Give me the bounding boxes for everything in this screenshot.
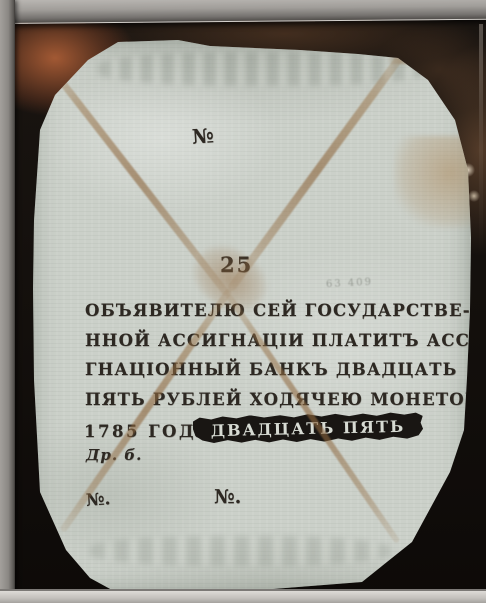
denomination-stamp-text: ДВАДЦАТЬ ПЯТЬ — [211, 416, 406, 439]
cancel-stroke-topright — [227, 50, 408, 293]
banknote-paper: № 25 63 409 ОБЪЯВИТЕЛЮ СЕЙ ГОСУДАРСТВЕ- … — [28, 38, 473, 596]
body-line: ГНАЦІОННЫЙ БАНКЪ ДВАДЦАТЬ — [85, 355, 425, 385]
frame-bottom-bar — [0, 589, 486, 603]
faint-inscription: 63 409 — [326, 277, 374, 290]
frame-left-bar — [0, 0, 15, 603]
body-line: ПЯТЬ РУБЛЕЙ ХОДЯЧЕЮ МОНЕТОЮ — [85, 385, 425, 415]
number-mark-top: № — [191, 123, 214, 148]
number-mark-bottom-center: №. — [214, 486, 241, 508]
museum-photo: { "scene": { "description": "Photograph … — [0, 0, 486, 603]
watermark-band-bottom — [90, 536, 390, 566]
frame-right-glint — [479, 24, 483, 254]
frame-top-bar — [0, 0, 486, 24]
body-text: ОБЪЯВИТЕЛЮ СЕЙ ГОСУДАРСТВЕ- ННОЙ АССИГНА… — [85, 296, 425, 414]
